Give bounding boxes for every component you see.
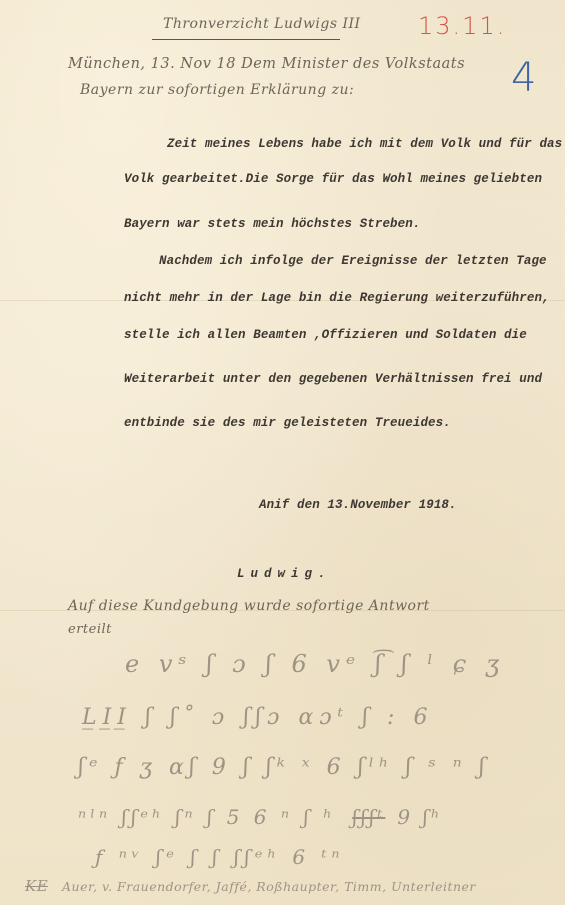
pencil-note-line-2: Bayern zur sofortigen Erklärung zu:: [80, 82, 354, 98]
document-page: Thronverzicht Ludwigs III 13.11. 4 Münch…: [0, 0, 565, 905]
typed-line-4: Nachdem ich infolge der Ereignisse der l…: [159, 254, 547, 268]
shorthand-line-2: L̲I̲I̲ ʃ ʃ˚ ɔ ʃʃɔ ɑɔᵗ ʃ : 6: [82, 705, 433, 730]
pencil-note-line-1: München, 13. Nov 18 Dem Minister des Vol…: [68, 56, 465, 72]
footer-note-line-2: erteilt: [68, 622, 112, 637]
archival-title-note: Thronverzicht Ludwigs III: [163, 16, 361, 32]
signature-ludwig: Ludwig.: [237, 567, 332, 581]
typed-line-3: Bayern war stets mein höchstes Streben.: [124, 217, 420, 231]
footer-note-line-1: Auf diese Kundgebung wurde sofortige Ant…: [68, 598, 430, 614]
shorthand-line-4: ⁿˡⁿ ʃʃᵉʰ ʃⁿ ʃ 5 6 ⁿ ʃ ʰ ʃʃʃᵗ 9 ʃʰ: [78, 805, 443, 829]
typed-line-2: Volk gearbeitet.Die Sorge für das Wohl m…: [124, 172, 542, 186]
bottom-ministers-list: Auer, v. Frauendorfer, Jaffé, Roßhaupter…: [62, 879, 476, 894]
shorthand-line-1: e vˢ ʃ ɔ ʃ 6 vᵉ ʃ͡ ʃ ˡ ɕ ʒ: [125, 650, 505, 678]
title-underline: [152, 39, 340, 40]
typed-line-5: nicht mehr in der Lage bin die Regierung…: [124, 291, 550, 305]
bottom-initials: KE: [25, 877, 48, 895]
shorthand-after-strike: 9 ʃʰ: [397, 805, 442, 829]
typed-line-8: entbinde sie des mir geleisteten Treueid…: [124, 416, 451, 430]
shorthand-line-3: ʃᵉ ƒ ʒ ɑʃ 9 ʃ ʃᵏ ˣ 6 ʃˡʰ ʃ ˢ ⁿ ʃ: [78, 755, 490, 780]
typed-line-1: Zeit meines Lebens habe ich mit dem Volk…: [167, 137, 562, 151]
struck-shorthand: ʃʃʃᵗ: [352, 805, 385, 829]
shorthand-line-5: ƒ ⁿᵛ ʃᵉ ʃ ʃ ʃʃᵉʰ 6 ᵗⁿ: [95, 845, 345, 869]
place-date-line: Anif den 13.November 1918.: [259, 498, 457, 512]
red-date-stamp: 13.11.: [418, 12, 506, 40]
shorthand-line-4-text: ⁿˡⁿ ʃʃᵉʰ ʃⁿ ʃ 5 6 ⁿ ʃ ʰ: [78, 805, 346, 829]
typed-line-6: stelle ich allen Beamten ,Offizieren und…: [124, 328, 527, 342]
folio-number: 4: [511, 55, 536, 101]
typed-line-7: Weiterarbeit unter den gegebenen Verhält…: [124, 372, 542, 386]
